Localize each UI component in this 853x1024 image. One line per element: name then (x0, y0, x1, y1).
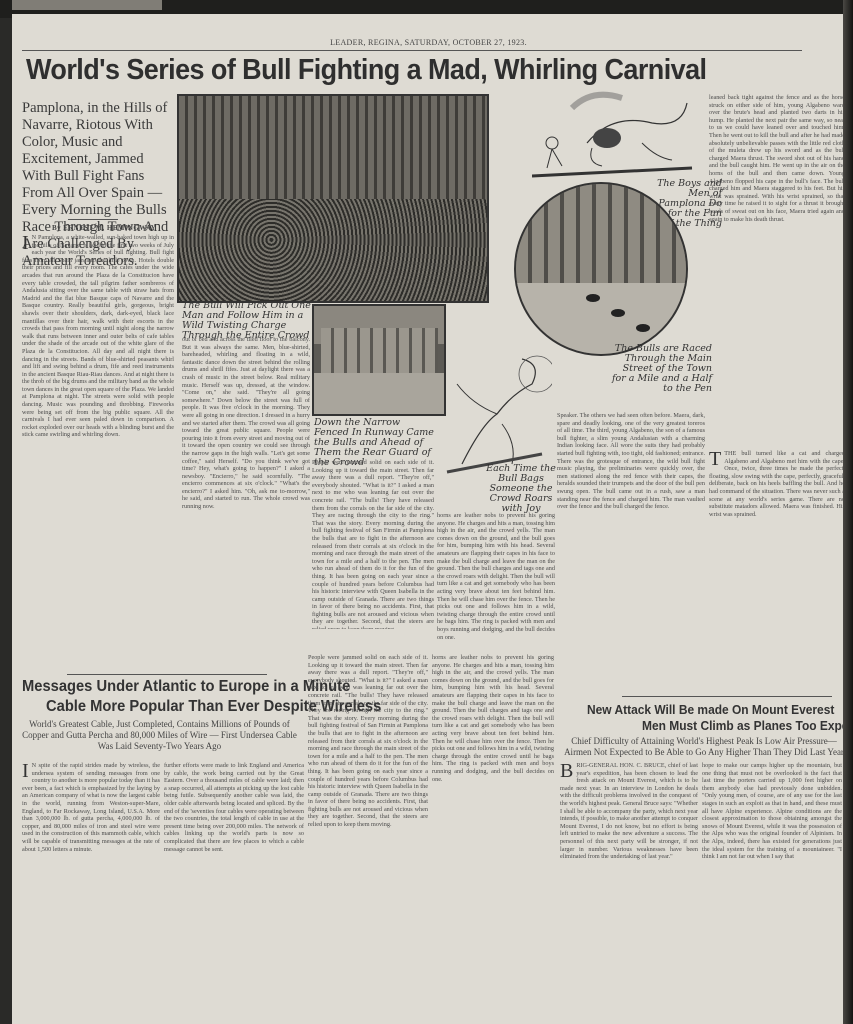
main-col-6: leaned back tight against the fence and … (709, 94, 845, 424)
article-text: horns are leather nobs to prevent his go… (432, 654, 554, 783)
main-col-5: Speaker. The others we had seen often be… (557, 412, 705, 652)
bull-sketch-caption: Each Time the Bull Bags Someone the Crow… (486, 464, 556, 514)
page-binding-edge (843, 0, 853, 1024)
main-col-7: T THE bull turned like a cat and charged… (709, 450, 845, 650)
circle-photo-caption-bottom: The Bulls are Raced Through the Main Str… (612, 344, 712, 394)
article-text: further efforts were made to link Englan… (164, 762, 304, 853)
byline: By ERNEST M. HEMINGWAY (52, 224, 156, 232)
main-col-3: People were jammed solid on each side of… (312, 459, 434, 629)
runway-photo (312, 304, 446, 416)
everest-col-2: hope to make our camps higher up the mou… (702, 762, 842, 1024)
article-text: leaned back tight against the fence and … (709, 94, 845, 223)
main-col-1: I N Pamplona, a white-walled, sun-baked … (22, 234, 174, 629)
main-col-4: horns are leather nobs to prevent his go… (437, 512, 555, 652)
bull-leaping-icon (442, 354, 552, 479)
cable-col-2: further efforts were made to link Englan… (164, 762, 304, 1024)
article-text: N spite of the rapid strides made by wir… (22, 762, 160, 853)
main-col-cont-a: People were jammed solid on each side of… (308, 654, 428, 1024)
running-head: LEADER, REGINA, SATURDAY, OCTOBER 27, 19… (12, 38, 845, 47)
bull-sketch-top (532, 88, 702, 180)
article-text: N Pamplona, a white-walled, sun-baked to… (22, 234, 174, 438)
handwritten-note (12, 0, 162, 10)
ring-photo-caption: The Bull Will Pick Out One Man and Follo… (182, 301, 317, 341)
article-text: out of bed and across the tiled floor to… (182, 336, 310, 510)
article-text: horns are leather nobs to prevent his go… (437, 512, 555, 641)
article-text: RIG-GENERAL HON. C. BRUCE, chief of last… (560, 762, 698, 860)
everest-top-rule (622, 696, 832, 697)
main-col-2: out of bed and across the tiled floor to… (182, 336, 310, 626)
main-col-cont-b: horns are leather nobs to prevent his go… (432, 654, 554, 1024)
article-text: People were jammed solid on each side of… (312, 459, 434, 629)
header-rule (22, 50, 802, 51)
newspaper-page: LEADER, REGINA, SATURDAY, OCTOBER 27, 19… (12, 14, 845, 1024)
charging-bull-icon (532, 88, 702, 180)
cable-deck: World's Greatest Cable, Just Completed, … (22, 719, 297, 752)
everest-headline-2: Men Must Climb as Planes Too Expensive (642, 718, 845, 733)
everest-deck: Chief Difficulty of Attaining World's Hi… (564, 736, 844, 758)
everest-headline-1: New Attack Will Be made On Mount Everest (587, 702, 834, 717)
article-text: THE bull turned like a cat and charged A… (709, 450, 845, 518)
main-headline: World's Series of Bull Fighting a Mad, W… (26, 54, 706, 87)
everest-col-1: B RIG-GENERAL HON. C. BRUCE, chief of la… (560, 762, 698, 1024)
cable-headline-1: Messages Under Atlantic to Europe in a M… (22, 678, 350, 696)
article-text: Speaker. The others we had seen often be… (557, 412, 705, 510)
circle-street-photo (514, 182, 688, 356)
bull-sketch-bottom (442, 354, 552, 479)
article-text: People were jammed solid on each side of… (308, 654, 428, 828)
drop-cap: I (22, 763, 29, 779)
drop-cap: T (709, 451, 721, 467)
drop-cap: B (560, 763, 573, 779)
cable-col-1: I N spite of the rapid strides made by w… (22, 762, 160, 1024)
byline-rule (68, 219, 118, 220)
ring-photo (177, 94, 489, 303)
drop-cap: I (22, 235, 29, 251)
article-text: hope to make our camps higher up the mou… (702, 762, 842, 860)
cable-top-rule (67, 674, 267, 675)
